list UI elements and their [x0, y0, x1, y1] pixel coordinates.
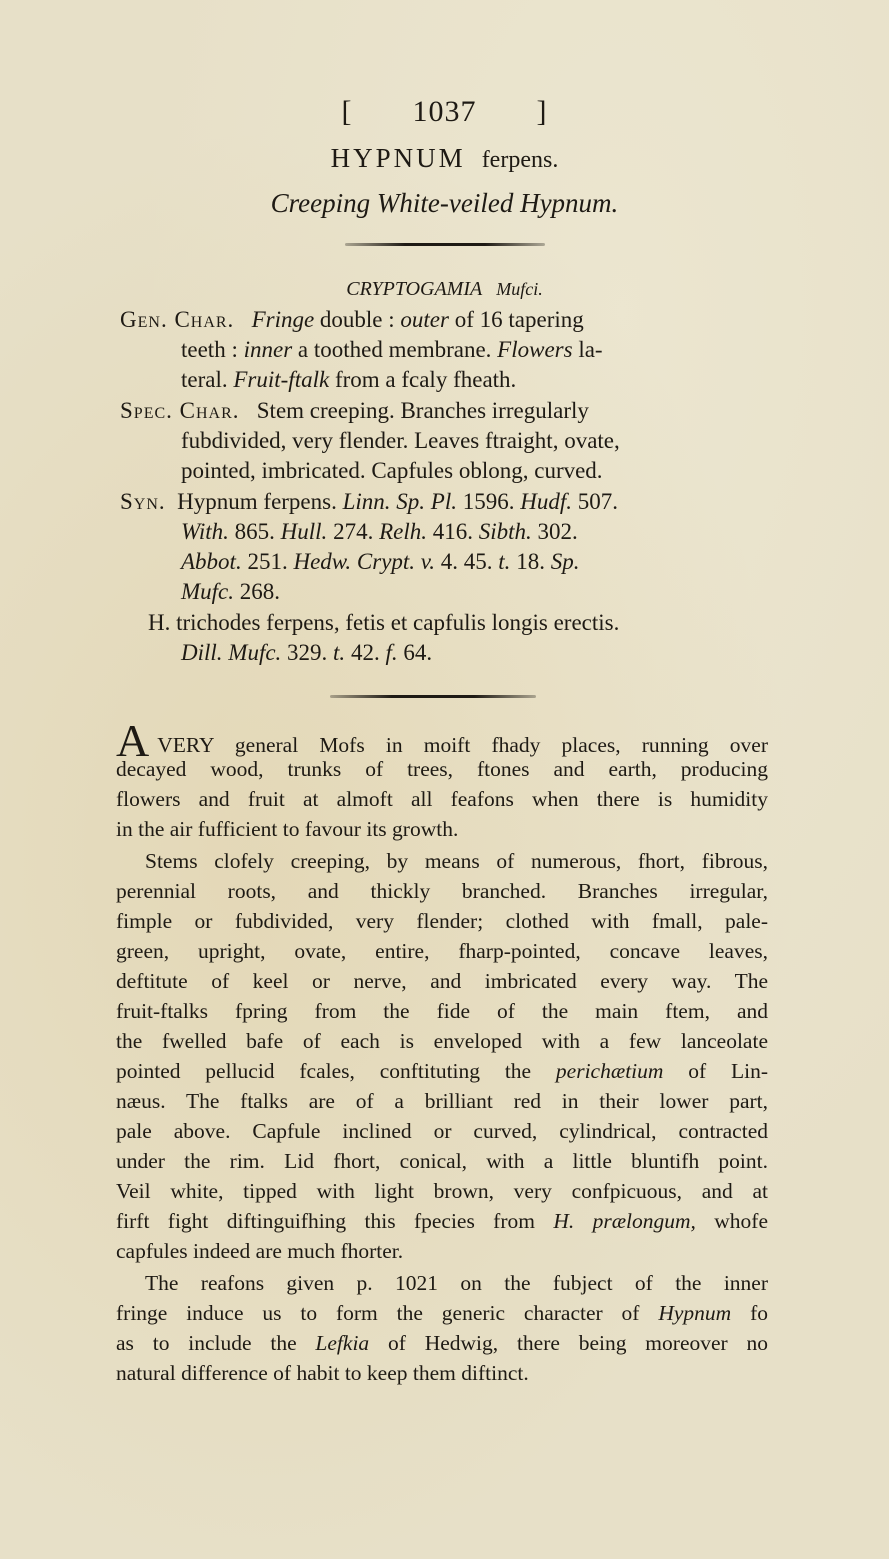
gen-char-line-3: teral. Fruit-ftalk from a fcaly fheath.: [181, 367, 516, 393]
para2-line-9: næus. The ftalks are of a brilliant red …: [116, 1089, 768, 1114]
class-name: CRYPTOGAMIA: [346, 278, 482, 300]
text: of Lin-: [663, 1059, 768, 1083]
text: 18.: [510, 549, 550, 574]
text: from a fcaly fheath.: [329, 367, 516, 392]
para3-line-1: The reafons given p. 1021 on the fubject…: [145, 1271, 768, 1296]
gen-char-line-1: Gen. Char. Fringe double : outer of 16 t…: [120, 307, 584, 333]
para3-line-4: natural difference of habit to keep them…: [116, 1361, 768, 1386]
order-name: Mufci.: [496, 279, 543, 299]
text: double :: [314, 307, 400, 332]
text: 274.: [327, 519, 379, 544]
text: of 16 tapering: [449, 307, 584, 332]
bracket-left: [: [342, 95, 353, 128]
para1-line-4: in the air fufficient to favour its grow…: [116, 817, 768, 842]
reference: t.: [333, 640, 345, 665]
para2-line-14: capfules indeed are much fhorter.: [116, 1239, 768, 1264]
reference: Abbot.: [181, 549, 242, 574]
para2-line-6: fruit-ftalks fpring from the fide of the…: [116, 999, 768, 1024]
spec-char-line-2: fubdivided, very flender. Leaves ftraigh…: [181, 428, 620, 454]
gen-char-label: Gen. Char.: [120, 307, 234, 332]
book-page: [1037] HYPNUMferpens. Creeping White-vei…: [0, 0, 889, 1559]
text: 64.: [398, 640, 433, 665]
genus-name: HYPNUM: [331, 143, 466, 173]
species-name: ferpens.: [482, 147, 559, 173]
para1-line-2: decayed wood, trunks of trees, ftones an…: [116, 757, 768, 782]
para3-line-3: as to include the Lefkia of Hedwig, ther…: [116, 1331, 768, 1356]
syn-line-2: With. 865. Hull. 274. Relh. 416. Sibth. …: [181, 519, 578, 545]
reference: Linn. Sp. Pl.: [343, 489, 457, 514]
text: of Hedwig, there being moreover no: [369, 1331, 768, 1355]
reference: f.: [385, 640, 397, 665]
para2-line-12: Veil white, tipped with light brown, ver…: [116, 1179, 768, 1204]
para2-line-8: pointed pellucid fcales, conftituting th…: [116, 1059, 768, 1084]
text-italic: Lefkia: [315, 1331, 369, 1355]
divider-middle: [330, 695, 536, 698]
para2-line-13: firft fight diftinguifhing this fpecies …: [116, 1209, 768, 1234]
para3-line-2: fringe induce us to form the generic cha…: [116, 1301, 768, 1326]
text: 329.: [281, 640, 333, 665]
spec-char-line-1: Spec. Char. Stem creeping. Branches irre…: [120, 398, 589, 424]
text: VERY general Mofs in moift fhady places,…: [157, 733, 768, 757]
text: as to include the: [116, 1331, 315, 1355]
reference: Hudf.: [520, 489, 572, 514]
reference: With.: [181, 519, 229, 544]
text: whofe: [696, 1209, 768, 1233]
syn-line-1: Syn. Hypnum ferpens. Linn. Sp. Pl. 1596.…: [120, 489, 618, 515]
reference: Hull.: [281, 519, 328, 544]
text-italic: outer: [400, 307, 449, 332]
para2-line-7: the fwelled bafe of each is enveloped wi…: [116, 1029, 768, 1054]
text: 4. 45.: [435, 549, 498, 574]
syn-line-4: Mufc. 268.: [181, 579, 280, 605]
para2-line-10: pale above. Capfule inclined or curved, …: [116, 1119, 768, 1144]
syn-line-3: Abbot. 251. Hedw. Crypt. v. 4. 45. t. 18…: [181, 549, 579, 575]
para2-line-3: fimple or fubdivided, very flender; clot…: [116, 909, 768, 934]
text: Hypnum ferpens.: [177, 489, 342, 514]
bracket-right: ]: [537, 95, 548, 128]
syn-label: Syn.: [120, 489, 166, 514]
reference: Sp.: [551, 549, 580, 574]
text: 42.: [345, 640, 385, 665]
page-number: [1037]: [0, 95, 889, 129]
text: teral.: [181, 367, 233, 392]
classification: CRYPTOGAMIAMufci.: [0, 278, 889, 301]
text: 507.: [572, 489, 618, 514]
reference: Mufc.: [181, 579, 234, 604]
text: a toothed membrane.: [292, 337, 497, 362]
divider-top: [345, 243, 545, 246]
text: 268.: [234, 579, 280, 604]
text: 1596.: [457, 489, 520, 514]
text: Stem creeping. Branches irregularly: [257, 398, 589, 423]
reference: Relh.: [379, 519, 427, 544]
page-number-value: 1037: [413, 95, 477, 128]
text-italic: inner: [244, 337, 293, 362]
para2-line-5: deftitute of keel or nerve, and imbricat…: [116, 969, 768, 994]
para2-line-1: Stems clofely creeping, by means of nume…: [145, 849, 768, 874]
spec-char-line-3: pointed, imbricated. Capfules oblong, cu…: [181, 458, 603, 484]
text: teeth :: [181, 337, 244, 362]
reference: Dill. Mufc.: [181, 640, 281, 665]
text: 865.: [229, 519, 281, 544]
para1-line-3: flowers and fruit at almoft all feafons …: [116, 787, 768, 812]
text: la-: [573, 337, 603, 362]
common-name: Creeping White-veiled Hypnum.: [0, 188, 889, 219]
reference: Hedw. Crypt. v.: [293, 549, 435, 574]
reference: t.: [498, 549, 510, 574]
para2-line-2: perennial roots, and thickly branched. B…: [116, 879, 768, 904]
text-italic: Hypnum: [658, 1301, 731, 1325]
spec-char-label: Spec. Char.: [120, 398, 240, 423]
reference: Sibth.: [479, 519, 532, 544]
text: fringe induce us to form the generic cha…: [116, 1301, 658, 1325]
text: 302.: [532, 519, 578, 544]
para2-line-11: under the rim. Lid fhort, conical, with …: [116, 1149, 768, 1174]
text-italic: Fringe: [252, 307, 315, 332]
text: 251.: [242, 549, 294, 574]
species-title: HYPNUMferpens.: [0, 143, 889, 174]
text-italic: Fruit-ftalk: [233, 367, 329, 392]
text-italic: H. prælongum,: [553, 1209, 696, 1233]
text: fo: [731, 1301, 768, 1325]
text-italic: Flowers: [497, 337, 572, 362]
text: pointed pellucid fcales, conftituting th…: [116, 1059, 556, 1083]
para2-line-4: green, upright, ovate, entire, fharp-poi…: [116, 939, 768, 964]
syn-line-6: Dill. Mufc. 329. t. 42. f. 64.: [181, 640, 432, 666]
syn-line-5: H. trichodes ferpens, fetis et capfulis …: [148, 610, 619, 636]
gen-char-line-2: teeth : inner a toothed membrane. Flower…: [181, 337, 603, 363]
text-italic: perichætium: [556, 1059, 664, 1083]
text: firft fight diftinguifhing this fpecies …: [116, 1209, 553, 1233]
text: 416.: [427, 519, 479, 544]
